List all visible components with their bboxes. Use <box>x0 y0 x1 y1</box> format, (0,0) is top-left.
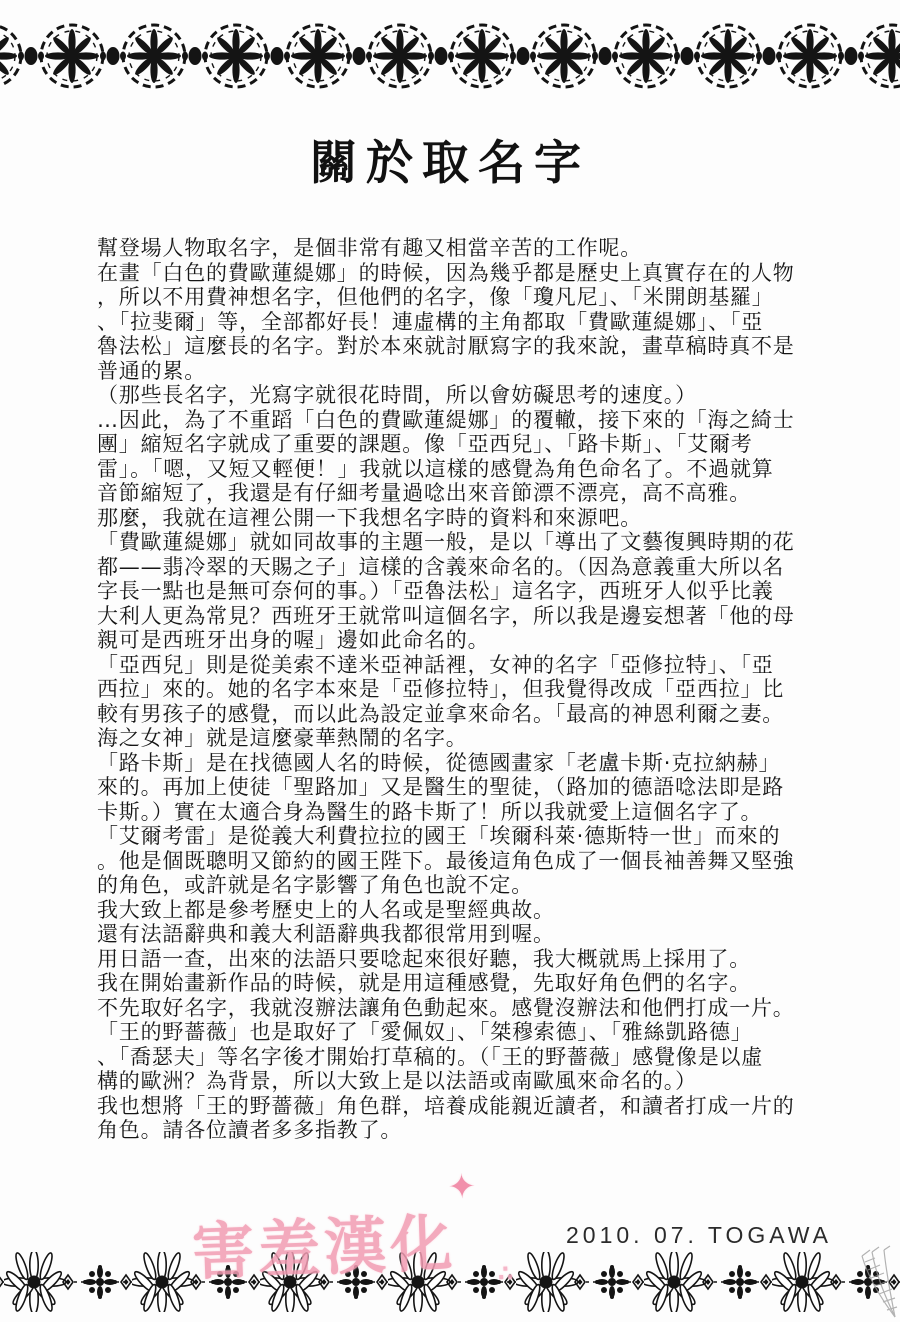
top-floral-border-ornament <box>0 12 900 100</box>
translator-watermark-stamp: 害羞漢化 ✦ ∴ <box>191 1193 458 1291</box>
essay-line: ，所以不用費神想名字，但他們的名字，像「瓊凡尼」、「米開朗基羅」 <box>97 285 821 310</box>
page-title: 關於取名字 <box>0 126 900 193</box>
essay-line: 。他是個既聰明又節約的國王陛下。最後這角色成了一個長袖善舞又堅強 <box>97 849 821 874</box>
essay-line: 、「拉斐爾」等，全部都好長！連虛構的主角都取「費歐蓮緹娜」、「亞 <box>97 310 821 335</box>
essay-line: 的角色，或許就是名字影響了角色也說不定。 <box>97 873 821 898</box>
essay-line: 不先取好名字，我就沒辦法讓角色動起來。感覺沒辦法和他們打成一片。 <box>97 996 821 1021</box>
essay-line: 那麼，我就在這裡公開一下我想名字時的資料和來源吧。 <box>97 506 821 531</box>
star-icon: ✦ <box>447 1167 481 1208</box>
essay-line: 「路卡斯」是在找德國人名的時候，從德國畫家「老盧卡斯·克拉納赫」 <box>97 751 821 776</box>
essay-line: 來的。再加上使徒「聖路加」又是醫生的聖徒，（路加的德語唸法即是路 <box>97 775 821 800</box>
watermark-text: 害羞漢化 <box>191 1206 457 1288</box>
essay-line: 「費歐蓮緹娜」就如同故事的主題一般，是以「導出了文藝復興時期的花 <box>97 530 821 555</box>
essay-line: 我大致上都是參考歷史上的人名或是聖經典故。 <box>97 898 821 923</box>
doujinshi-afterword-page: 關於取名字 幫登場人物取名字，是個非常有趣又相當辛苦的工作呢。在畫「白色的費歐蓮… <box>0 0 900 1322</box>
essay-line: 用日語一查，出來的法語只要唸起來很好聽，我大概就馬上採用了。 <box>97 947 821 972</box>
essay-line: 西拉」來的。她的名字本來是「亞修拉特」，但我覺得改成「亞西拉」比 <box>97 677 821 702</box>
essay-line: 角色。請各位讀者多多指教了。 <box>97 1118 821 1143</box>
essay-line: 我也想將「王的野薔薇」角色群，培養成能親近讀者，和讀者打成一片的 <box>97 1094 821 1119</box>
essay-line: 構的歐洲？為背景，所以大致上是以法語或南歐風來命名的。） <box>97 1069 821 1094</box>
essay-line: （那些長名字，光寫字就很花時間，所以會妨礙思考的速度。） <box>97 383 821 408</box>
essay-line: 團」縮短名字就成了重要的課題。像「亞西兒」、「路卡斯」、「艾爾考 <box>97 432 821 457</box>
essay-line: 都——翡冷翠的天賜之子」這樣的含義來命名的。（因為意義重大所以名 <box>97 555 821 580</box>
essay-line: 我在開始畫新作品的時候，就是用這種感覺，先取好角色們的名字。 <box>97 971 821 996</box>
essay-line: 魯法松」這麼長的名字。對於本來就討厭寫字的我來說，畫草稿時真不是 <box>97 334 821 359</box>
essay-line: 「王的野薔薇」也是取好了「愛佩奴」、「桀穆索德」、「雅絲凱路德」 <box>97 1020 821 1045</box>
feather-pencil-sketch <box>810 1242 900 1322</box>
essay-line: 、「喬瑟夫」等名字後才開始打草稿的。（「王的野薔薇」感覺像是以虛 <box>97 1045 821 1070</box>
date-credit: 2010. 07. TOGAWA <box>566 1222 832 1249</box>
essay-line: 「亞西兒」則是從美索不達米亞神話裡，女神的名字「亞修拉特」、「亞 <box>97 653 821 678</box>
essay-line: 較有男孩子的感覺，而以此為設定並拿來命名。「最高的神恩利爾之妻。 <box>97 702 821 727</box>
essay-text: 幫登場人物取名字，是個非常有趣又相當辛苦的工作呢。在畫「白色的費歐蓮緹娜」的時候… <box>97 236 821 1143</box>
essay-line: 雷」。「嗯，又短又輕便！」我就以這樣的感覺為角色命名了。不過就算 <box>97 457 821 482</box>
essay-line: 卡斯。）實在太適合身為醫生的路卡斯了！所以我就愛上這個名字了。 <box>97 800 821 825</box>
essay-line: 海之女神」就是這麼豪華熱鬧的名字。 <box>97 726 821 751</box>
essay-line: 大利人更為常見？西班牙王就常叫這個名字，所以我是邊妄想著「他的母 <box>97 604 821 629</box>
essay-line: 音節縮短了，我還是有仔細考量過唸出來音節漂不漂亮，高不高雅。 <box>97 481 821 506</box>
essay-line: 在畫「白色的費歐蓮緹娜」的時候，因為幾乎都是歷史上真實存在的人物 <box>97 261 821 286</box>
essay-line: …因此，為了不重蹈「白色的費歐蓮緹娜」的覆轍，接下來的「海之綺士 <box>97 408 821 433</box>
essay-line: 字長一點也是無可奈何的事。）「亞魯法松」這名字，西班牙人似乎比義 <box>97 579 821 604</box>
essay-line: 親可是西班牙出身的喔」邊如此命名的。 <box>97 628 821 653</box>
essay-line: 普通的累。 <box>97 359 821 384</box>
essay-line: 「艾爾考雷」是從義大利費拉拉的國王「埃爾科萊·德斯特一世」而來的 <box>97 824 821 849</box>
essay-line: 還有法語辭典和義大利語辭典我都很常用到喔。 <box>97 922 821 947</box>
essay-line: 幫登場人物取名字，是個非常有趣又相當辛苦的工作呢。 <box>97 236 821 261</box>
sparkle-dots-icon: ∴ <box>497 1261 515 1287</box>
